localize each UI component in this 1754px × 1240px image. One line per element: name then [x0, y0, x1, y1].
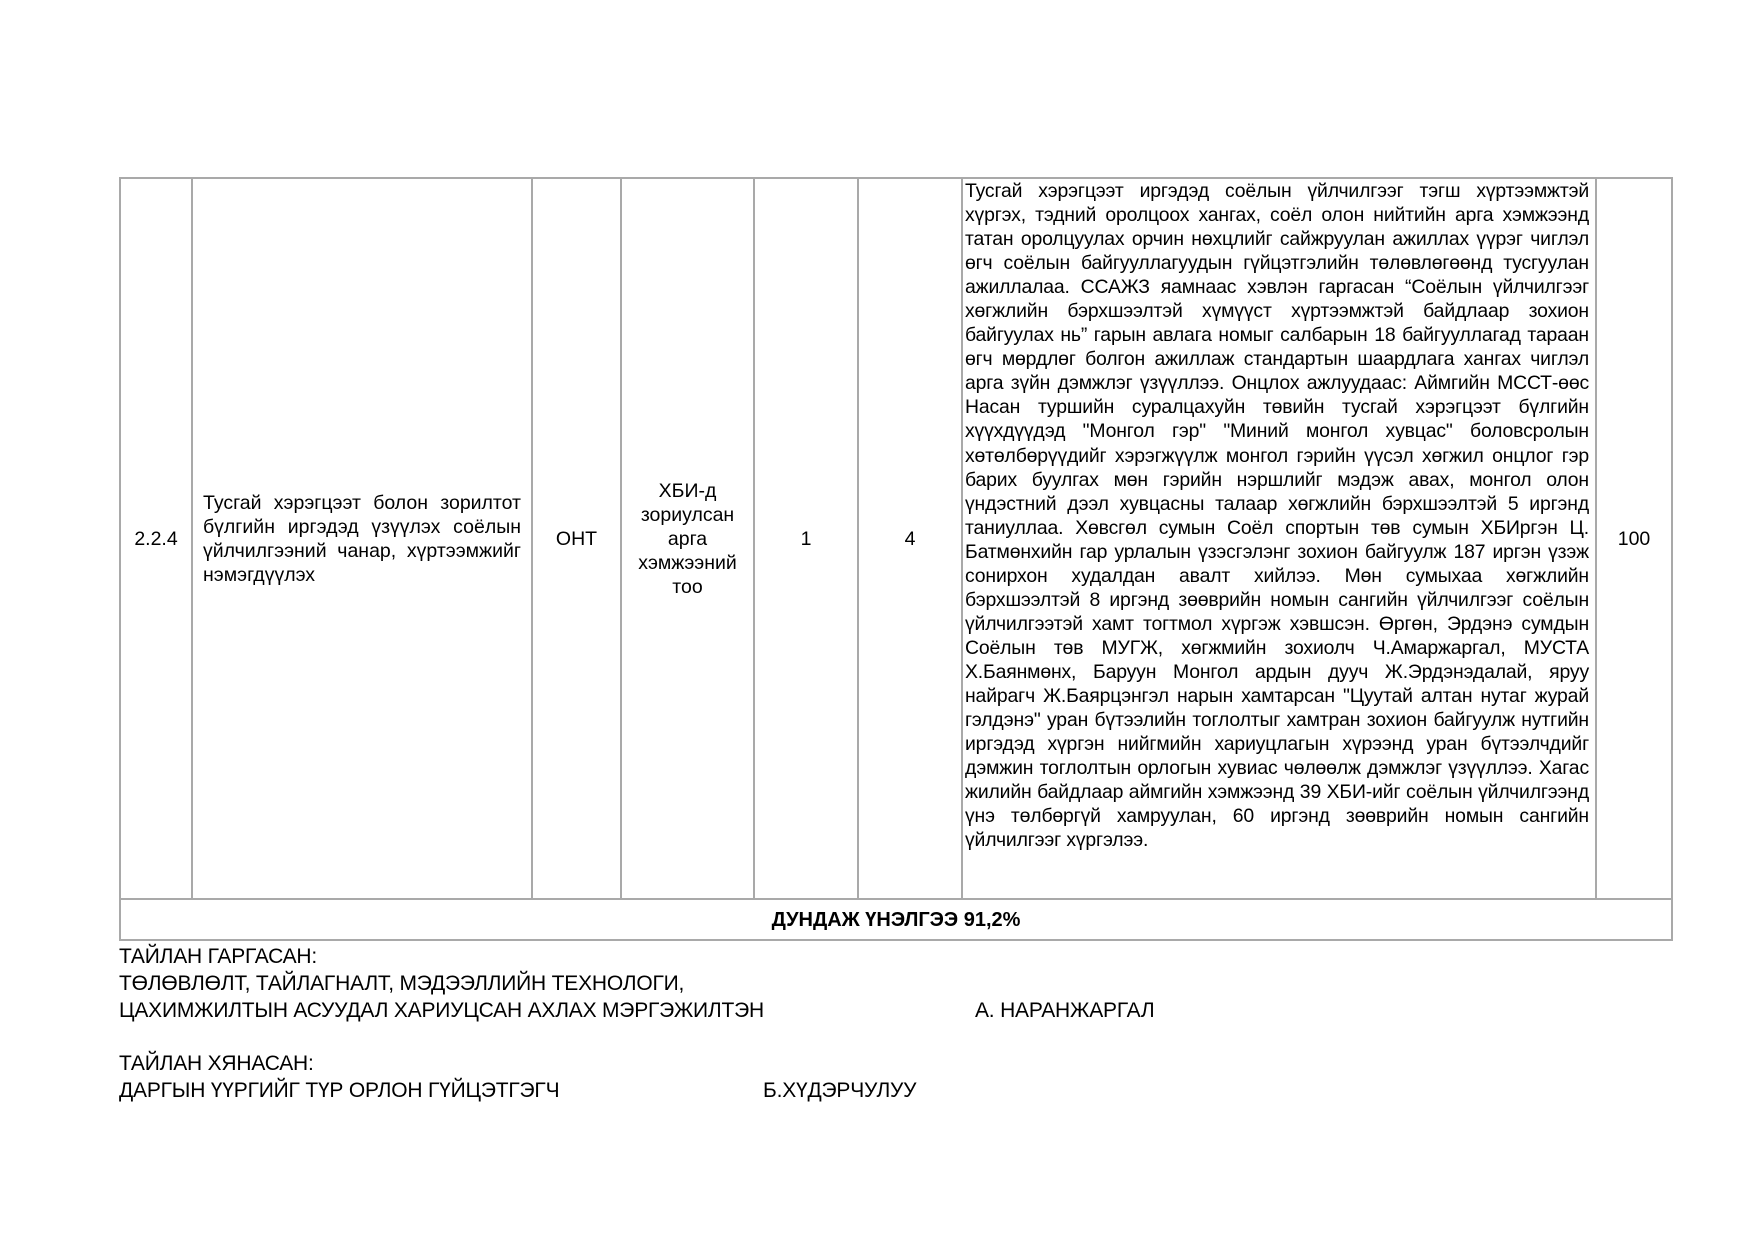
- table-row: 2.2.4 Тусгай хэрэгцээт болон зорилтот бү…: [120, 178, 1672, 899]
- reviewed-heading: ТАЙЛАН ХЯНАСАН:: [119, 1050, 314, 1078]
- score-cell: 100: [1596, 178, 1672, 899]
- average-score-label: ДУНДАЖ ҮНЭЛГЭЭ 91,2%: [120, 899, 1672, 940]
- baseline-cell: 1: [754, 178, 858, 899]
- average-score-row: ДУНДАЖ ҮНЭЛГЭЭ 91,2%: [120, 899, 1672, 940]
- reviewed-name: Б.ХҮДЭРЧУЛУУ: [763, 1077, 916, 1105]
- prepared-heading: ТАЙЛАН ГАРГАСАН:: [119, 943, 317, 971]
- row-number: 2.2.4: [120, 178, 192, 899]
- prepared-position-line2: ЦАХИМЖИЛТЫН АСУУДАЛ ХАРИУЦСАН АХЛАХ МЭРГ…: [119, 997, 764, 1025]
- prepared-name: А. НАРАНЖАРГАЛ: [975, 997, 1154, 1025]
- description-cell: Тусгай хэрэгцээт иргэдэд соёлын үйлчилгэ…: [962, 178, 1596, 899]
- reviewed-position: ДАРГЫН ҮҮРГИЙГ ТҮР ОРЛОН ГҮЙЦЭТГЭГЧ: [119, 1077, 559, 1105]
- target-cell: 4: [858, 178, 962, 899]
- indicator-cell: ХБИ-д зориулсан арга хэмжээний тоо: [621, 178, 754, 899]
- description-text: Тусгай хэрэгцээт иргэдэд соёлын үйлчилгэ…: [965, 179, 1589, 852]
- report-table: 2.2.4 Тусгай хэрэгцээт болон зорилтот бү…: [119, 177, 1673, 941]
- goal-cell: Тусгай хэрэгцээт болон зорилтот бүлгийн …: [192, 178, 532, 899]
- organization-cell: ОНТ: [532, 178, 621, 899]
- prepared-position-line1: ТӨЛӨВЛӨЛТ, ТАЙЛАГНАЛТ, МЭДЭЭЛЛИЙН ТЕХНОЛ…: [119, 970, 684, 998]
- document-page: 2.2.4 Тусгай хэрэгцээт болон зорилтот бү…: [0, 0, 1754, 1240]
